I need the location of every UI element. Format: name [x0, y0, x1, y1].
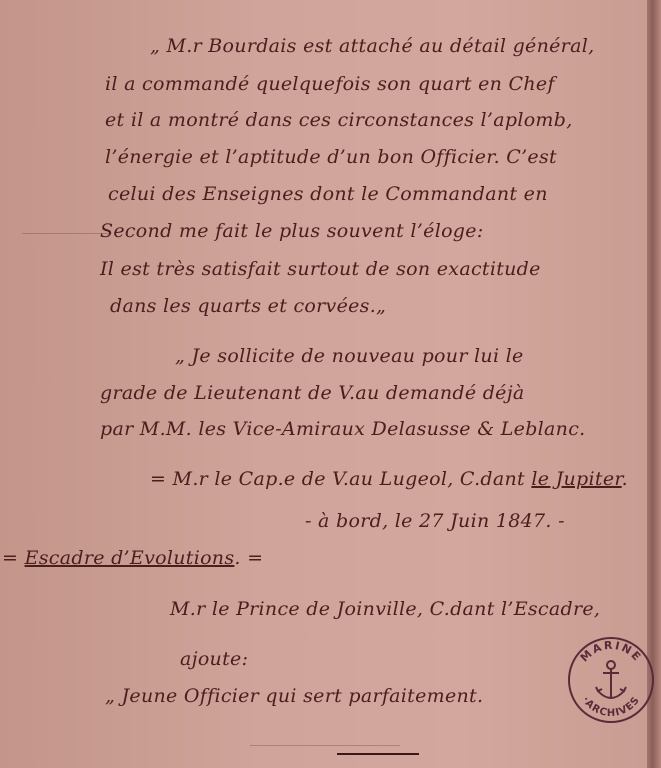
signer: = M.r le Cap.e de V.au Lugeol, C.dant: [150, 468, 525, 490]
text-line: Il est très satisfait surtout de son exa…: [100, 258, 541, 280]
text-line: l’énergie et l’aptitude d’un bon Officie…: [105, 146, 557, 168]
text-line: celui des Enseignes dont le Commandant e…: [108, 183, 548, 205]
section-heading: = Escadre d’Evolutions. =: [2, 547, 263, 569]
text-line: Second me fait le plus souvent l’éloge:: [100, 220, 484, 242]
ship-name: le Jupiter: [531, 468, 621, 490]
text-line: et il a montré dans ces circonstances l’…: [105, 109, 573, 131]
heading-suffix: . =: [234, 547, 263, 569]
text-line: „ Je sollicite de nouveau pour lui le: [175, 345, 524, 367]
text-line: ajoute:: [180, 648, 248, 670]
heading-prefix: =: [2, 547, 18, 569]
text-line: par M.M. les Vice-Amiraux Delasusse & Le…: [100, 418, 586, 440]
text-line: il a commandé quelquefois son quart en C…: [105, 73, 555, 95]
faint-rule: [250, 745, 400, 746]
text-line: dans les quarts et corvées.„: [110, 295, 386, 317]
text-line: M.r le Prince de Joinville, C.dant l’Esc…: [170, 598, 600, 620]
margin-rule: [22, 233, 112, 234]
ship-suffix: .: [622, 468, 628, 490]
closing-rule: [337, 753, 419, 755]
anchor-icon: [596, 661, 626, 699]
manuscript-page: „ M.r Bourdais est attaché au détail gén…: [0, 0, 661, 768]
text-line: grade de Lieutenant de V.au demandé déjà: [100, 382, 525, 404]
signature-line: = M.r le Cap.e de V.au Lugeol, C.dant le…: [150, 468, 628, 490]
text-line: „ M.r Bourdais est attaché au détail gén…: [150, 35, 594, 57]
marine-archives-stamp: MARINE ·ARCHIVES: [566, 635, 656, 725]
dateline: - à bord, le 27 Juin 1847. -: [305, 510, 565, 532]
text-line: „ Jeune Officier qui sert parfaitement.: [105, 685, 483, 707]
heading-text: Escadre d’Evolutions: [25, 547, 235, 569]
